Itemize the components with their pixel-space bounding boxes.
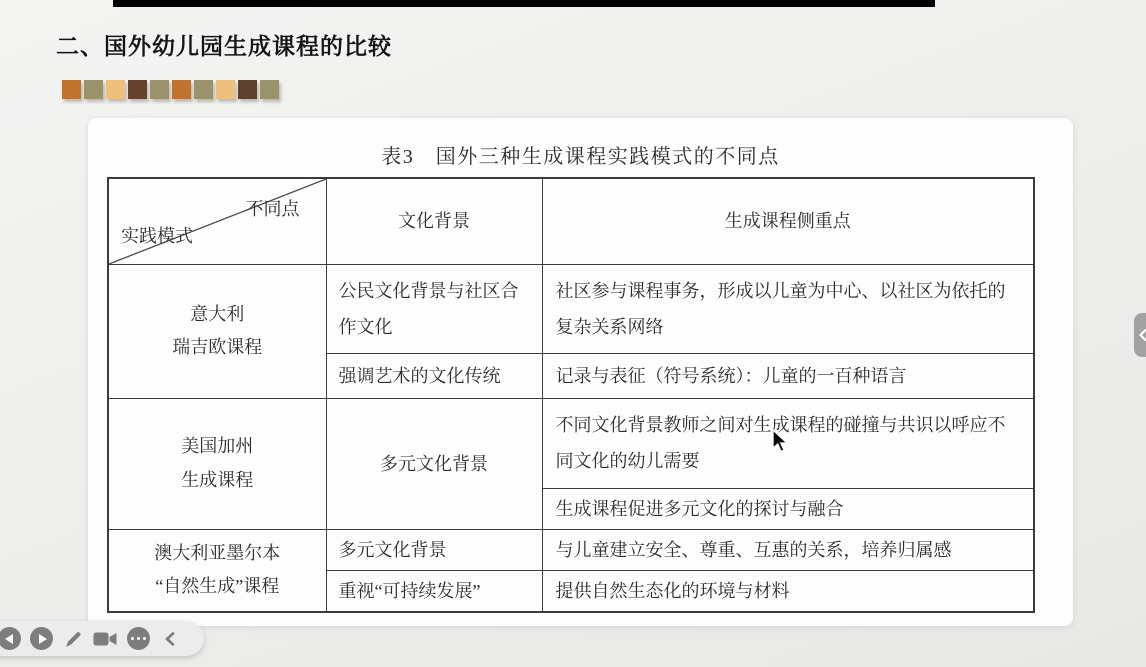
video-camera-icon bbox=[93, 630, 118, 648]
playback-toolbar bbox=[0, 621, 204, 656]
corner-label-differences: 不同点 bbox=[246, 191, 300, 227]
pen-button[interactable] bbox=[62, 628, 84, 650]
culture-cell: 多元文化背景 bbox=[326, 529, 542, 570]
next-button[interactable] bbox=[30, 627, 53, 650]
model-cell-usa-california: 美国加州 生成课程 bbox=[108, 398, 326, 529]
more-button[interactable] bbox=[127, 627, 150, 650]
decor-square bbox=[150, 80, 169, 99]
model-line: “自然生成”课程 bbox=[109, 570, 326, 603]
table-row: 意大利 瑞吉欧课程 公民文化背景与社区合作文化 社区参与课程事务，形成以儿童为中… bbox=[108, 264, 1034, 353]
decor-square bbox=[62, 80, 81, 99]
decor-square bbox=[172, 80, 191, 99]
chevron-left-icon bbox=[1137, 328, 1146, 342]
sidebar-expand-handle[interactable] bbox=[1134, 313, 1146, 357]
focus-cell: 提供自然生态化的环境与材料 bbox=[542, 570, 1034, 612]
model-line: 澳大利亚墨尔本 bbox=[109, 537, 326, 570]
table-header-row: 不同点 实践模式 文化背景 生成课程侧重点 bbox=[108, 178, 1034, 264]
table-row: 澳大利亚墨尔本 “自然生成”课程 多元文化背景 与儿童建立安全、尊重、互惠的关系… bbox=[108, 529, 1034, 570]
collapse-toolbar-button[interactable] bbox=[163, 631, 177, 647]
corner-label-practice-model: 实践模式 bbox=[121, 218, 193, 254]
previous-button[interactable] bbox=[0, 627, 21, 650]
column-header-culture: 文化背景 bbox=[326, 178, 542, 264]
focus-cell: 社区参与课程事务，形成以儿童为中心、以社区为依托的复杂关系网络 bbox=[542, 264, 1034, 353]
model-line: 生成课程 bbox=[109, 464, 326, 497]
play-next-icon bbox=[39, 634, 47, 644]
top-black-bar bbox=[113, 0, 935, 7]
table-caption: 表3 国外三种生成课程实践模式的不同点 bbox=[88, 140, 1073, 169]
chevron-left-icon bbox=[163, 631, 177, 647]
model-cell-australia-melbourne: 澳大利亚墨尔本 “自然生成”课程 bbox=[108, 529, 326, 612]
pen-icon bbox=[62, 628, 84, 650]
decor-squares bbox=[62, 80, 279, 99]
page-title: 二、国外幼儿园生成课程的比较 bbox=[56, 28, 392, 61]
decor-square bbox=[128, 80, 147, 99]
culture-cell: 强调艺术的文化传统 bbox=[326, 353, 542, 398]
table-row: 美国加州 生成课程 多元文化背景 不同文化背景教师之间对生成课程的碰撞与共识以呼… bbox=[108, 398, 1034, 488]
column-header-focus: 生成课程侧重点 bbox=[542, 178, 1034, 264]
culture-cell: 公民文化背景与社区合作文化 bbox=[326, 264, 542, 353]
culture-cell-merged: 多元文化背景 bbox=[326, 398, 542, 529]
more-dots-icon bbox=[131, 637, 147, 641]
decor-square bbox=[238, 80, 257, 99]
focus-cell: 与儿童建立安全、尊重、互惠的关系，培养归属感 bbox=[542, 529, 1034, 570]
model-line: 意大利 bbox=[109, 298, 326, 331]
decor-square bbox=[106, 80, 125, 99]
decor-square bbox=[84, 80, 103, 99]
focus-cell: 记录与表征（符号系统）：儿童的一百种语言 bbox=[542, 353, 1034, 398]
corner-header-cell: 不同点 实践模式 bbox=[108, 178, 326, 264]
mouse-cursor-icon bbox=[771, 429, 791, 460]
decor-square bbox=[194, 80, 213, 99]
previous-icon bbox=[5, 634, 13, 644]
camera-button[interactable] bbox=[93, 630, 118, 648]
model-line: 瑞吉欧课程 bbox=[109, 331, 326, 364]
comparison-table: 不同点 实践模式 文化背景 生成课程侧重点 意大利 瑞吉欧课程 公民文化背景与社… bbox=[107, 177, 1035, 613]
decor-square bbox=[216, 80, 235, 99]
model-cell-italy-reggio: 意大利 瑞吉欧课程 bbox=[108, 264, 326, 398]
culture-cell: 重视“可持续发展” bbox=[326, 570, 542, 612]
model-line: 美国加州 bbox=[109, 430, 326, 463]
focus-cell: 生成课程促进多元文化的探讨与融合 bbox=[542, 488, 1034, 529]
decor-square bbox=[260, 80, 279, 99]
